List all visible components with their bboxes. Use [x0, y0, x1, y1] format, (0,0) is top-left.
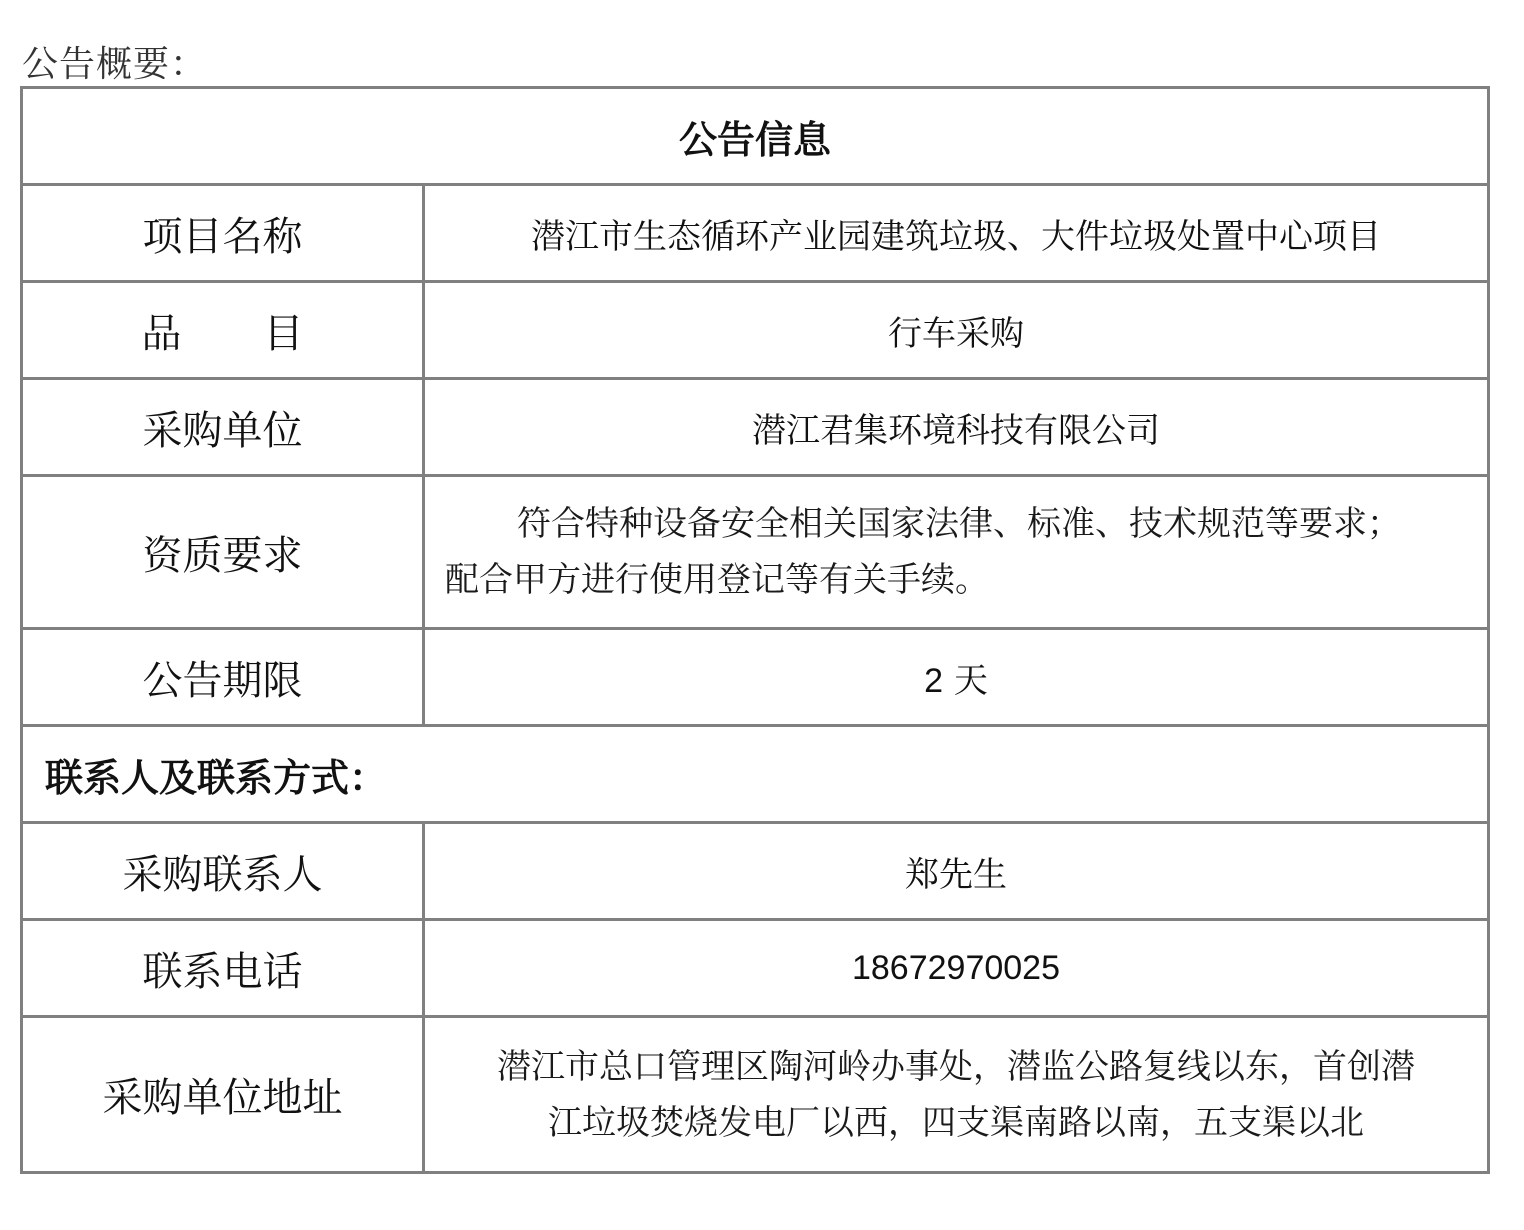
value-qualification: 符合特种设备安全相关国家法律、标准、技术规范等要求； 配合甲方进行使用登记等有关… — [424, 476, 1489, 629]
label-project-name: 项目名称 — [22, 185, 424, 282]
label-qualification: 资质要求 — [22, 476, 424, 629]
qualification-line-2: 配合甲方进行使用登记等有关手续。 — [445, 560, 989, 600]
notice-info-table: 公告信息 项目名称 潜江市生态循环产业园建筑垃圾、大件垃圾处置中心项目 品目 行… — [20, 86, 1490, 1174]
label-item: 品目 — [60, 311, 386, 357]
table-row-item: 品目 行车采购 — [22, 282, 1489, 379]
table-row-phone: 联系电话 18672970025 — [22, 920, 1489, 1017]
value-address: 潜江市总口管理区陶河岭办事处，潜监公路复线以东，首创潜 江垃圾焚烧发电厂以西，四… — [424, 1017, 1489, 1173]
table-header-row: 公告信息 — [22, 88, 1489, 185]
address-line-2: 江垃圾焚烧发电厂以西，四支渠南路以南，五支渠以北 — [449, 1095, 1463, 1151]
label-address: 采购单位地址 — [22, 1017, 424, 1173]
value-phone: 18672970025 — [424, 920, 1489, 1017]
value-contact-person: 郑先生 — [424, 823, 1489, 920]
address-line-1: 潜江市总口管理区陶河岭办事处，潜监公路复线以东，首创潜 — [449, 1039, 1463, 1095]
value-project-name: 潜江市生态循环产业园建筑垃圾、大件垃圾处置中心项目 — [424, 185, 1489, 282]
qualification-line-1: 符合特种设备安全相关国家法律、标准、技术规范等要求； — [445, 496, 1467, 552]
value-notice-period: 2 天 — [424, 629, 1489, 726]
table-row-notice-period: 公告期限 2 天 — [22, 629, 1489, 726]
table-row-qualification: 资质要求 符合特种设备安全相关国家法律、标准、技术规范等要求； 配合甲方进行使用… — [22, 476, 1489, 629]
label-purchaser: 采购单位 — [22, 379, 424, 476]
label-notice-period: 公告期限 — [22, 629, 424, 726]
value-purchaser: 潜江君集环境科技有限公司 — [424, 379, 1489, 476]
summary-title: 公告概要： — [22, 36, 207, 87]
contact-section-title: 联系人及联系方式： — [22, 726, 1489, 823]
table-row-address: 采购单位地址 潜江市总口管理区陶河岭办事处，潜监公路复线以东，首创潜 江垃圾焚烧… — [22, 1017, 1489, 1173]
value-item: 行车采购 — [424, 282, 1489, 379]
notice-period-number: 2 — [924, 662, 943, 700]
table-row-project-name: 项目名称 潜江市生态循环产业园建筑垃圾、大件垃圾处置中心项目 — [22, 185, 1489, 282]
contact-section-row: 联系人及联系方式： — [22, 726, 1489, 823]
label-contact-person: 采购联系人 — [22, 823, 424, 920]
table-row-contact-person: 采购联系人 郑先生 — [22, 823, 1489, 920]
notice-period-unit: 天 — [954, 661, 988, 701]
table-header: 公告信息 — [22, 88, 1489, 185]
table-row-purchaser: 采购单位 潜江君集环境科技有限公司 — [22, 379, 1489, 476]
label-phone: 联系电话 — [22, 920, 424, 1017]
